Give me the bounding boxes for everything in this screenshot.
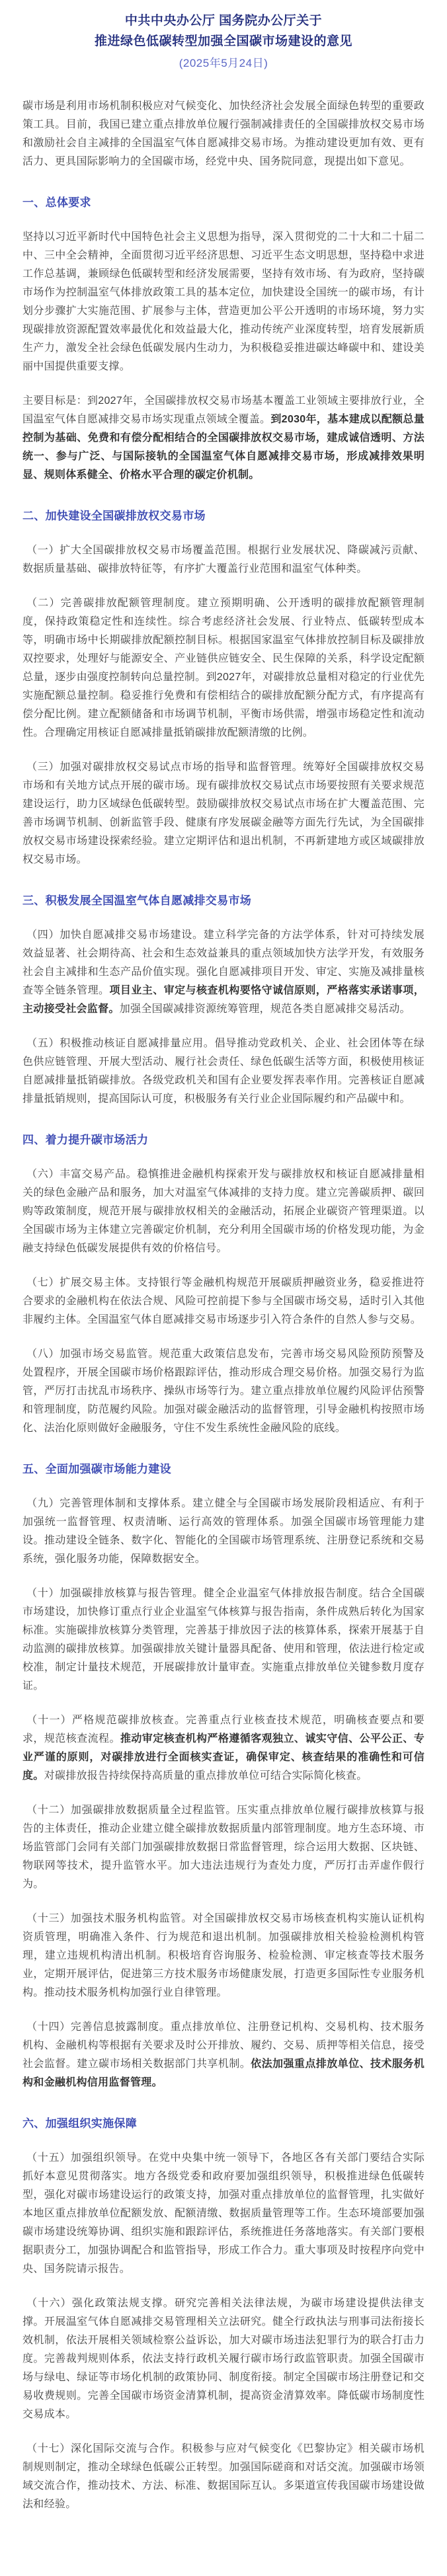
paragraph: （六）丰富交易产品。稳慎推进金融机构探索开发与碳排放权和核证自愿减排量相关的绿色…: [22, 1165, 425, 1258]
paragraph: （十一）严格规范碳排放核查。完善重点行业核查技术规范，明确核查要点和要求，规范核…: [22, 1711, 425, 1785]
body-text: （十二）加强碳排放数据质量全过程监管。压实重点排放单位履行碳排放核算与报告的主体…: [22, 1805, 425, 1890]
policy-document: 中共中央办公厅 国务院办公厅关于 推进绿色低碳转型加强全国碳市场建设的意见 (2…: [0, 0, 447, 2576]
section-heading-1: 一、总体要求: [22, 194, 425, 212]
paragraph: （十二）加强碳排放数据质量全过程监管。压实重点排放单位履行碳排放核算与报告的主体…: [22, 1801, 425, 1894]
paragraph: （三）加强对碳排放权交易试点市场的指导和监督管理。统筹好全国碳排放权交易市场和有…: [22, 758, 425, 869]
body-text: （三）加强对碳排放权交易试点市场的指导和监督管理。统筹好全国碳排放权交易市场和有…: [22, 761, 425, 865]
body-text: （五）积极推动核证自愿减排量应用。倡导推动党政机关、企业、社会团体等在绿色供应链…: [22, 1038, 425, 1105]
body-text: （一）扩大全国碳排放权交易市场覆盖范围。根据行业发展状况、降碳减污贡献、数据质量…: [22, 545, 425, 574]
section-heading-5: 五、全面加强碳市场能力建设: [22, 1460, 425, 1479]
body-text: （十六）强化政策法规支撑。研究完善相关法律法规，为碳市场建设提供法律支撑。开展温…: [22, 2298, 425, 2420]
paragraph: （十）加强碳排放核算与报告管理。健全企业温室气体排放报告制度。结合全国碳市场建设…: [22, 1584, 425, 1696]
body-text: （六）丰富交易产品。稳慎推进金融机构探索开发与碳排放权和核证自愿减排量相关的绿色…: [22, 1169, 425, 1254]
body-text: （九）完善管理体制和支撑体系。建立健全与全国碳市场发展阶段相适应、有利于加强统一…: [22, 1498, 425, 1565]
paragraph: （四）加快自愿减排交易市场建设。建立科学完备的方法学体系，针对可持续发展效益显著…: [22, 926, 425, 1019]
paragraph: （九）完善管理体制和支撑体系。建立健全与全国碳市场发展阶段相适应、有利于加强统一…: [22, 1495, 425, 1569]
section-heading-4: 四、着力提升碳市场活力: [22, 1131, 425, 1150]
paragraph: 碳市场是利用市场机制积极应对气候变化、加快经济社会发展全面绿色转型的重要政策工具…: [22, 97, 425, 171]
body-text: （十五）加强组织领导。在党中央集中统一领导下，各地区各有关部门要结合实际抓好本意…: [22, 2152, 425, 2275]
document-intro: 碳市场是利用市场机制积极应对气候变化、加快经济社会发展全面绿色转型的重要政策工具…: [22, 97, 425, 171]
body-text: （十三）加强技术服务机构监管。对全国碳排放权交易市场核查机构实施认证机构资质管理…: [22, 1913, 425, 1998]
paragraph: （五）积极推动核证自愿减排量应用。倡导推动党政机关、企业、社会团体等在绿色供应链…: [22, 1034, 425, 1109]
section-heading-6: 六、加强组织实施保障: [22, 2115, 425, 2133]
body-text: （七）扩展交易主体。支持银行等金融机构规范开展碳质押融资业务，稳妥推进符合要求的…: [22, 1277, 425, 1325]
document-header: 中共中央办公厅 国务院办公厅关于 推进绿色低碳转型加强全国碳市场建设的意见 (2…: [22, 11, 425, 73]
body-text: （二）完善碳排放配额管理制度。建立预期明确、公开透明的碳排放配额管理制度，保持政…: [22, 598, 425, 738]
paragraph: （八）加强市场交易监管。规范重大政策信息发布，完善市场交易风险预防预警及处置程序…: [22, 1345, 425, 1438]
document-date: (2025年5月24日): [22, 53, 425, 73]
body-text: （十）加强碳排放核算与报告管理。健全企业温室气体排放报告制度。结合全国碳市场建设…: [22, 1588, 425, 1692]
body-text: （八）加强市场交易监管。规范重大政策信息发布，完善市场交易风险预防预警及处置程序…: [22, 1348, 425, 1434]
paragraph: （十三）加强技术服务机构监管。对全国碳排放权交易市场核查机构实施认证机构资质管理…: [22, 1910, 425, 2002]
paragraph: （一）扩大全国碳排放权交易市场覆盖范围。根据行业发展状况、降碳减污贡献、数据质量…: [22, 541, 425, 578]
body-text: （十七）深化国际交流与合作。积极参与应对气候变化《巴黎协定》相关碳市场机制规则制…: [22, 2443, 425, 2510]
paragraph: 主要目标是：到2027年，全国碳排放权交易市场基本覆盖工业领域主要排放行业，全国…: [22, 392, 425, 485]
document-sections: 一、总体要求坚持以习近平新时代中国特色社会主义思想为指导，深入贯彻党的二十大和二…: [22, 194, 425, 2514]
body-text: 对碳排放报告持续保持高质量的重点排放单位可结合实际简化核查。: [44, 1770, 368, 1781]
paragraph: （十七）深化国际交流与合作。积极参与应对气候变化《巴黎协定》相关碳市场机制规则制…: [22, 2440, 425, 2514]
paragraph: （十五）加强组织领导。在党中央集中统一领导下，各地区各有关部门要结合实际抓好本意…: [22, 2149, 425, 2279]
section-heading-3: 三、积极发展全国温室气体自愿减排交易市场: [22, 892, 425, 910]
paragraph: （十四）完善信息披露制度。重点排放单位、注册登记机构、交易机构、技术服务机构、金…: [22, 2018, 425, 2092]
body-text: 碳市场是利用市场机制积极应对气候变化、加快经济社会发展全面绿色转型的重要政策工具…: [22, 100, 425, 167]
section-heading-2: 二、加快建设全国碳排放权交易市场: [22, 507, 425, 526]
document-title-line-1: 中共中央办公厅 国务院办公厅关于: [22, 11, 425, 31]
paragraph: （七）扩展交易主体。支持银行等金融机构规范开展碳质押融资业务，稳妥推进符合要求的…: [22, 1274, 425, 1329]
paragraph: 坚持以习近平新时代中国特色社会主义思想为指导，深入贯彻党的二十大和二十届二中、三…: [22, 228, 425, 376]
body-text: 坚持以习近平新时代中国特色社会主义思想为指导，深入贯彻党的二十大和二十届二中、三…: [22, 231, 425, 372]
paragraph: （十六）强化政策法规支撑。研究完善相关法律法规，为碳市场建设提供法律支撑。开展温…: [22, 2294, 425, 2424]
body-text: 加强全国碳减排资源统筹管理，规范各类自愿减排交易活动。: [120, 1003, 411, 1015]
document-title-line-2: 推进绿色低碳转型加强全国碳市场建设的意见: [22, 31, 425, 52]
paragraph: （二）完善碳排放配额管理制度。建立预期明确、公开透明的碳排放配额管理制度，保持政…: [22, 594, 425, 742]
